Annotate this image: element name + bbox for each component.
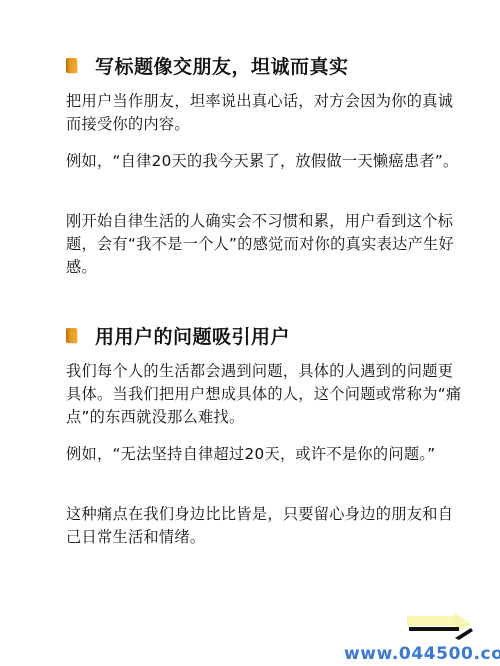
section-1-heading: 写标题像交朋友，坦诚而真实 [95,52,349,79]
arrow-right-icon [405,612,475,640]
section-2-heading-row: 用用户的问题吸引用户 [66,322,290,349]
section-2-paragraph-2: 例如，“无法坚持自律超过20天，或许不是你的问题。” [66,443,466,466]
book-icon [66,328,77,343]
section-1-paragraph-3: 刚开始自律生活的人确实会不习惯和累，用户看到这个标题，会有“我不是一个人”的感觉… [66,210,466,279]
section-2-paragraph-3: 这种痛点在我们身边比比皆是，只要留心身边的朋友和自己日常生活和情绪。 [66,503,466,549]
book-icon [66,58,77,73]
section-2-heading: 用用户的问题吸引用户 [95,322,290,349]
section-2-paragraph-1: 我们每个人的生活都会遇到问题，具体的人遇到的问题更具体。当我们把用户想成具体的人… [66,360,466,429]
watermark-url: www.044500.com [344,644,500,664]
section-1-paragraph-1: 把用户当作朋友，坦率说出真心话，对方会因为你的真诚而接受你的内容。 [66,90,466,136]
section-1-heading-row: 写标题像交朋友，坦诚而真实 [66,52,349,79]
section-1-paragraph-2: 例如，“自律20天的我今天累了，放假做一天懒癌患者”。 [66,150,466,173]
